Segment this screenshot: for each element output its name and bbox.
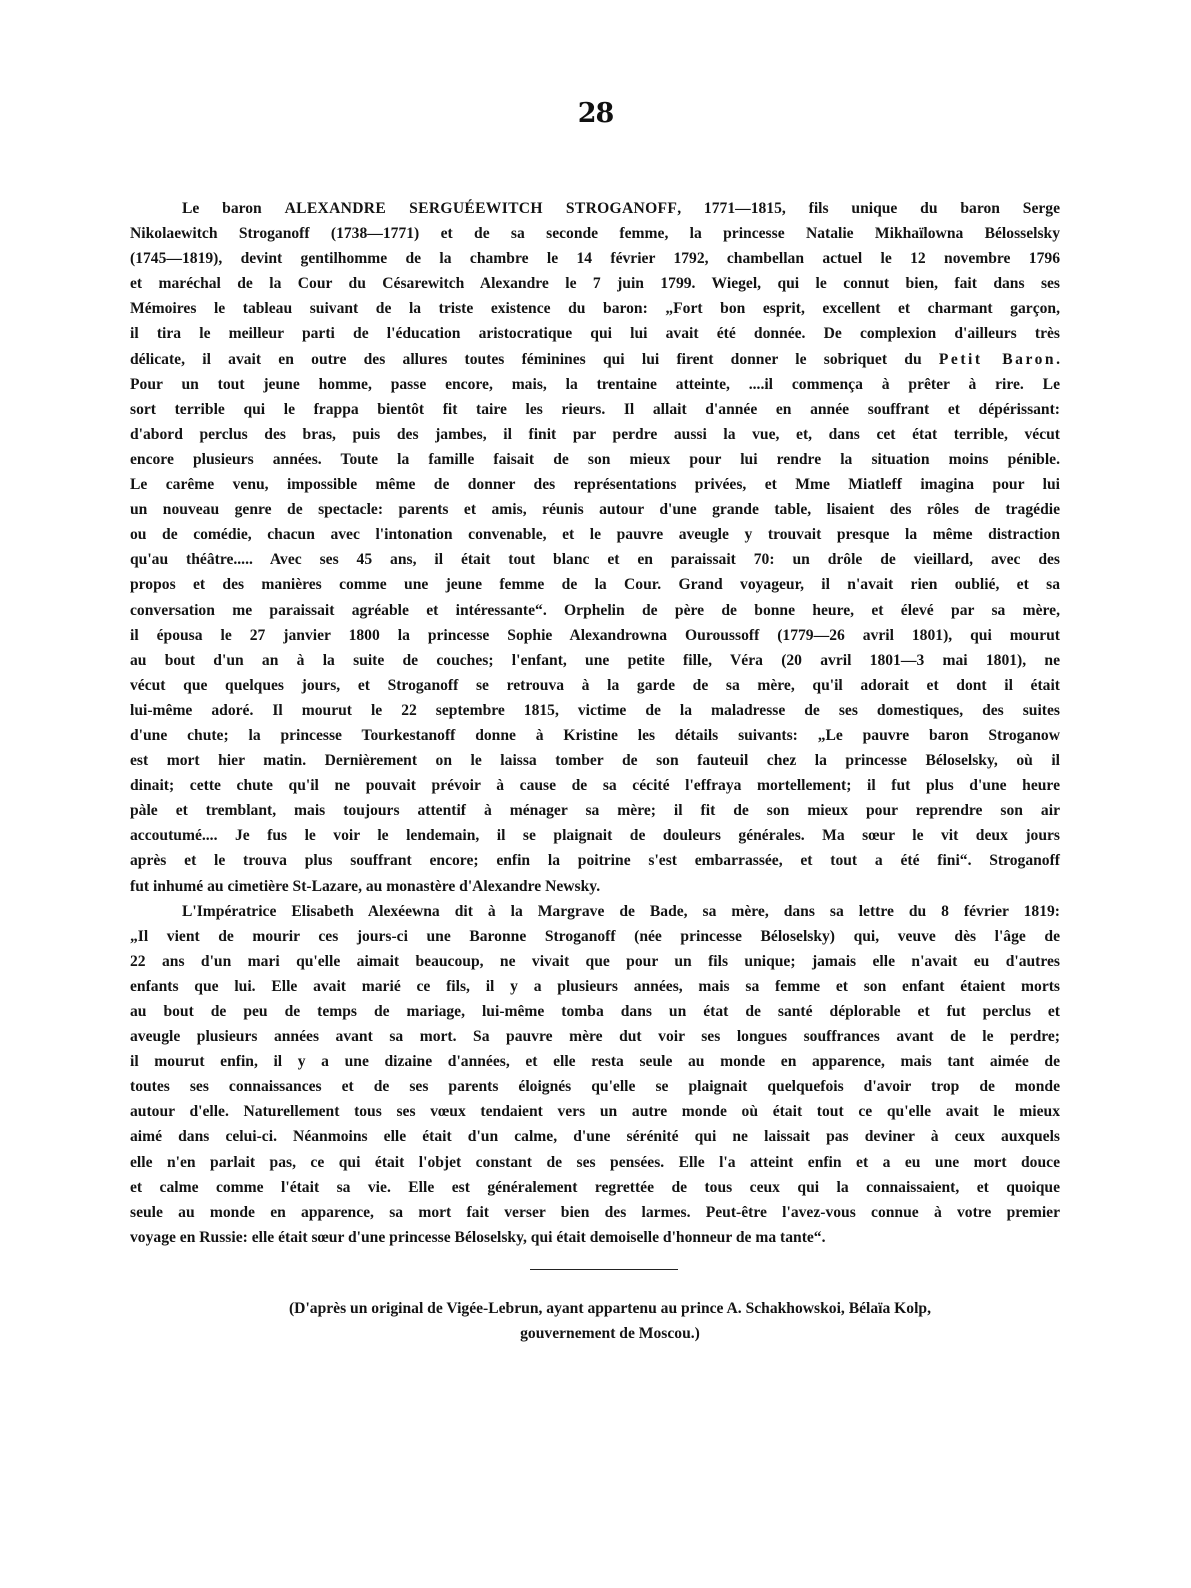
text-line: il mourut enfin, il y a une dizaine d'an… [130, 1049, 1060, 1074]
text-line: un nouveau genre de spectacle: parents e… [130, 497, 1060, 522]
text-line: et maréchal de la Cour du Césarewitch Al… [130, 271, 1060, 296]
caption-line: gouvernement de Moscou.) [150, 1321, 1070, 1346]
text-line: qu'au théâtre..... Avec ses 45 ans, il é… [130, 547, 1060, 572]
text-line: délicate, il avait en outre des allures … [130, 347, 1060, 372]
paragraph-stroganoff-biography: Le baron ALEXANDRE SERGUÉEWITCH STROGANO… [130, 196, 1060, 899]
text-line: vécut que quelques jours, et Stroganoff … [130, 673, 1060, 698]
text-line: fut inhumé au cimetière St-Lazare, au mo… [130, 874, 1060, 899]
text-line: „Il vient de mourir ces jours-ci une Bar… [130, 924, 1060, 949]
text-line: pàle et tremblant, mais toujours attenti… [130, 798, 1060, 823]
text-line: elle n'en parlait pas, ce qui était l'ob… [130, 1150, 1060, 1175]
text-line: aimé dans celui-ci. Néanmoins elle était… [130, 1124, 1060, 1149]
document-page: 28 Le baron ALEXANDRE SERGUÉEWITCH STROG… [0, 0, 1191, 1588]
portrait-caption: (D'après un original de Vigée-Lebrun, ay… [150, 1296, 1070, 1346]
subject-name: ALEXANDRE SERGUÉEWITCH STROGANOFF [285, 200, 678, 217]
text-fragment: . [1056, 351, 1060, 368]
text-line: après et le trouva plus souffrant encore… [130, 848, 1060, 873]
text-line: enfants que lui. Elle avait marié ce fil… [130, 974, 1060, 999]
text-line: et calme comme l'était sa vie. Elle est … [130, 1175, 1060, 1200]
text-line: Le carême venu, impossible même de donne… [130, 472, 1060, 497]
text-line: d'abord perclus des bras, puis des jambe… [130, 422, 1060, 447]
text-line: il tira le meilleur parti de l'éducation… [130, 321, 1060, 346]
text-line: d'une chute; la princesse Tourkestanoff … [130, 723, 1060, 748]
text-line: conversation me paraissait agréable et i… [130, 598, 1060, 623]
text-line: Mémoires le tableau suivant de la triste… [130, 296, 1060, 321]
text-line: L'Impératrice Elisabeth Alexéewna dit à … [130, 899, 1060, 924]
section-divider [530, 1269, 678, 1270]
text-line: est mort hier matin. Dernièrement on le … [130, 748, 1060, 773]
text-line: 22 ans d'un mari qu'elle aimait beaucoup… [130, 949, 1060, 974]
text-line: il épousa le 27 janvier 1800 la princess… [130, 623, 1060, 648]
text-fragment: , 1771—1815, fils unique du baron Serge [677, 200, 1060, 217]
text-line: Pour un tout jeune homme, passe encore, … [130, 372, 1060, 397]
text-line: aveugle plusieurs années avant sa mort. … [130, 1024, 1060, 1049]
text-line: dinait; cette chute qu'il ne pouvait pré… [130, 773, 1060, 798]
text-line: Nikolaewitch Stroganoff (1738—1771) et d… [130, 221, 1060, 246]
text-line: au bout de peu de temps de mariage, lui-… [130, 999, 1060, 1024]
text-line: (1745—1819), devint gentilhomme de la ch… [130, 246, 1060, 271]
biography-text: Le baron ALEXANDRE SERGUÉEWITCH STROGANO… [130, 196, 1060, 1250]
text-line: au bout d'un an à la suite de couches; l… [130, 648, 1060, 673]
text-line: Le baron ALEXANDRE SERGUÉEWITCH STROGANO… [130, 196, 1060, 221]
caption-line: (D'après un original de Vigée-Lebrun, ay… [150, 1296, 1070, 1321]
text-line: toutes ses connaissances et de ses paren… [130, 1074, 1060, 1099]
text-line: encore plusieurs années. Toute la famill… [130, 447, 1060, 472]
paragraph-empress-letter: L'Impératrice Elisabeth Alexéewna dit à … [130, 899, 1060, 1250]
text-line: voyage en Russie: elle était sœur d'une … [130, 1225, 1060, 1250]
page-number: 28 [0, 98, 1191, 129]
nickname-petit-baron: Petit Baron [939, 351, 1056, 368]
text-line: autour d'elle. Naturellement tous ses vœ… [130, 1099, 1060, 1124]
text-line: ou de comédie, chacun avec l'intonation … [130, 522, 1060, 547]
text-line: propos et des manières comme une jeune f… [130, 572, 1060, 597]
text-fragment: délicate, il avait en outre des allures … [130, 351, 939, 368]
text-line: seule au monde en apparence, sa mort fai… [130, 1200, 1060, 1225]
text-line: sort terrible qui le frappa bientôt fit … [130, 397, 1060, 422]
text-line: lui-même adoré. Il mourut le 22 septembr… [130, 698, 1060, 723]
text-fragment: Le baron [182, 200, 285, 217]
text-line: accoutumé.... Je fus le voir le lendemai… [130, 823, 1060, 848]
